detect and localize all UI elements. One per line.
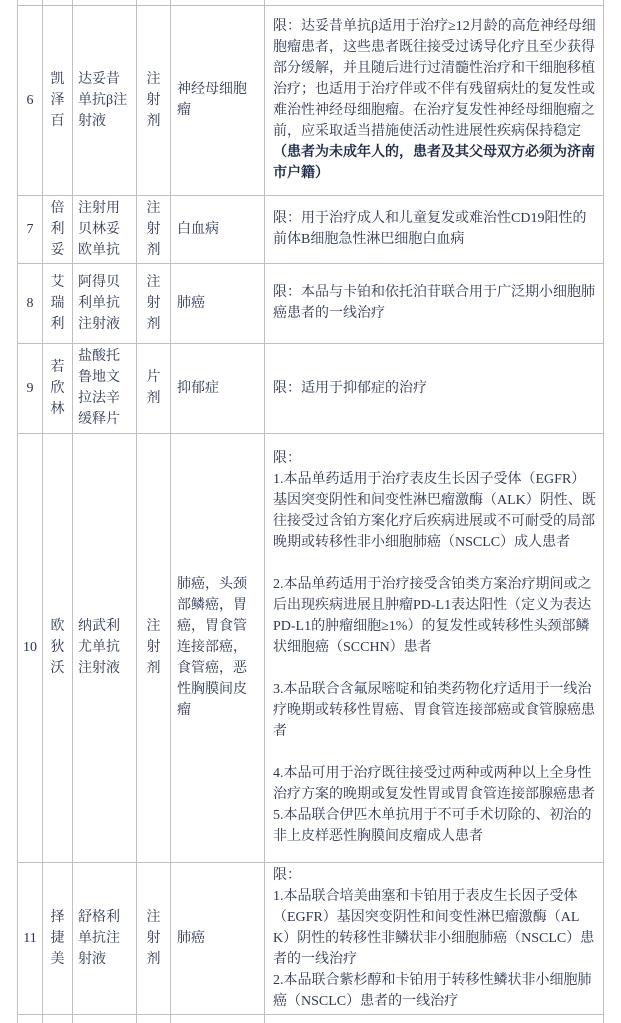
restriction-paragraph: 限：用于治疗成人和儿童复发或难治性CD19阳性的前体B细胞急性淋巴细胞白血病 <box>273 208 596 250</box>
generic-name-cell: 盐酸托鲁地文拉法辛缓释片 <box>73 343 137 433</box>
indication-cell: 肺癌 <box>171 862 265 1014</box>
brand-name-cell: 倍利妥 <box>43 195 73 263</box>
indication-cell: 肺癌，头颈部鳞癌，胃癌，胃食管连接部癌，食管癌，恶性胸膜间皮瘤 <box>171 433 265 862</box>
brand-name-cell: 择捷美 <box>43 862 73 1014</box>
dosage-form-cell: 注射剂 <box>137 5 171 195</box>
restriction-paragraph: 2.本品单药适用于治疗接受含铂类方案治疗期间或之后出现疾病进展且肿瘤PD-L1表… <box>273 574 596 658</box>
generic-name-cell: 注射用贝林妥欧单抗 <box>73 195 137 263</box>
restriction-paragraph: 限：本品与卡铂和依托泊苷联合用于广泛期小细胞肺癌患者的一线治疗 <box>273 282 596 324</box>
generic-name-cell: 阿得贝利单抗注射液 <box>73 263 137 343</box>
restriction-cell: 限：1.本品联合培美曲塞和卡铂用于表皮生长因子受体（EGFR）基因突变阴性和间变… <box>265 862 604 1014</box>
table-row: 8 艾瑞利 阿得贝利单抗注射液 注射剂 肺癌 限：本品与卡铂和依托泊苷联合用于广… <box>18 263 604 343</box>
empty-cell <box>18 1014 43 1023</box>
table-row: 11 择捷美 舒格利单抗注射液 注射剂 肺癌 限：1.本品联合培美曲塞和卡铂用于… <box>18 862 604 1014</box>
empty-cell <box>171 1014 265 1023</box>
dosage-form-cell: 片剂 <box>137 343 171 433</box>
dosage-form-cell: 注射剂 <box>137 862 171 1014</box>
document-page: 6 凯泽百 达妥昔单抗β注射液 注射剂 神经母细胞瘤 限：达妥昔单抗β适用于治疗… <box>0 0 621 1023</box>
table-row: 9 若欣林 盐酸托鲁地文拉法辛缓释片 片剂 抑郁症 限：适用于抑郁症的治疗 <box>18 343 604 433</box>
brand-name-cell: 凯泽百 <box>43 5 73 195</box>
row-index-cell: 9 <box>18 343 43 433</box>
restriction-cell: 限：1.本品单药适用于治疗表皮生长因子受体（EGFR）基因突变阴性和间变性淋巴瘤… <box>265 433 604 862</box>
restriction-cell: 限：用于治疗成人和儿童复发或难治性CD19阳性的前体B细胞急性淋巴细胞白血病 <box>265 195 604 263</box>
dosage-form-cell: 注射剂 <box>137 195 171 263</box>
brand-name-cell: 欧狄沃 <box>43 433 73 862</box>
restriction-cell: 限：达妥昔单抗β适用于治疗≥12月龄的高危神经母细胞瘤患者，这些患者既往接受过诱… <box>265 5 604 195</box>
restriction-cell: 限：本品与卡铂和依托泊苷联合用于广泛期小细胞肺癌患者的一线治疗 <box>265 263 604 343</box>
table-row: 6 凯泽百 达妥昔单抗β注射液 注射剂 神经母细胞瘤 限：达妥昔单抗β适用于治疗… <box>18 5 604 195</box>
indication-cell: 神经母细胞瘤 <box>171 5 265 195</box>
row-index-cell: 10 <box>18 433 43 862</box>
brand-name-cell: 艾瑞利 <box>43 263 73 343</box>
partial-row-bottom <box>18 1014 604 1023</box>
dosage-form-cell: 注射剂 <box>137 263 171 343</box>
drug-restriction-table: 6 凯泽百 达妥昔单抗β注射液 注射剂 神经母细胞瘤 限：达妥昔单抗β适用于治疗… <box>17 0 604 1023</box>
row-index-cell: 6 <box>18 5 43 195</box>
restriction-bold-note: （患者为未成年人的，患者及其父母双方必须为济南市户籍） <box>273 142 596 184</box>
empty-cell <box>73 1014 137 1023</box>
empty-cell <box>43 1014 73 1023</box>
indication-cell: 抑郁症 <box>171 343 265 433</box>
row-index-cell: 11 <box>18 862 43 1014</box>
indication-cell: 白血病 <box>171 195 265 263</box>
table-row: 7 倍利妥 注射用贝林妥欧单抗 注射剂 白血病 限：用于治疗成人和儿童复发或难治… <box>18 195 604 263</box>
generic-name-cell: 舒格利单抗注射液 <box>73 862 137 1014</box>
restriction-paragraph: 4.本品可用于治疗既往接受过两种或两种以上全身性治疗方案的晚期或复发性胃或胃食管… <box>273 763 596 805</box>
table-row: 10 欧狄沃 纳武利尤单抗注射液 注射剂 肺癌，头颈部鳞癌，胃癌，胃食管连接部癌… <box>18 433 604 862</box>
restriction-paragraph: 2.本品联合紫杉醇和卡铂用于转移性鳞状非小细胞肺癌（NSCLC）患者的一线治疗 <box>273 970 596 1012</box>
brand-name-cell: 若欣林 <box>43 343 73 433</box>
restriction-paragraph: 1.本品联合培美曲塞和卡铂用于表皮生长因子受体（EGFR）基因突变阴性和间变性淋… <box>273 886 596 970</box>
dosage-form-cell: 注射剂 <box>137 433 171 862</box>
empty-cell <box>265 1014 604 1023</box>
restriction-paragraph: 限： <box>273 448 596 469</box>
restriction-paragraph: 限：达妥昔单抗β适用于治疗≥12月龄的高危神经母细胞瘤患者，这些患者既往接受过诱… <box>273 16 596 142</box>
generic-name-cell: 纳武利尤单抗注射液 <box>73 433 137 862</box>
restriction-paragraph: 1.本品单药适用于治疗表皮生长因子受体（EGFR）基因突变阴性和间变性淋巴瘤激酶… <box>273 469 596 553</box>
restriction-cell: 限：适用于抑郁症的治疗 <box>265 343 604 433</box>
restriction-paragraph: 5.本品联合伊匹木单抗用于不可手术切除的、初治的非上皮样恶性胸膜间皮瘤成人患者 <box>273 805 596 847</box>
empty-cell <box>137 1014 171 1023</box>
row-index-cell: 7 <box>18 195 43 263</box>
generic-name-cell: 达妥昔单抗β注射液 <box>73 5 137 195</box>
indication-cell: 肺癌 <box>171 263 265 343</box>
restriction-paragraph: 限： <box>273 865 596 886</box>
row-index-cell: 8 <box>18 263 43 343</box>
restriction-paragraph: 限：适用于抑郁症的治疗 <box>273 378 596 399</box>
restriction-paragraph: 3.本品联合含氟尿嘧啶和铂类药物化疗适用于一线治疗晚期或转移性胃癌、胃食管连接部… <box>273 679 596 742</box>
